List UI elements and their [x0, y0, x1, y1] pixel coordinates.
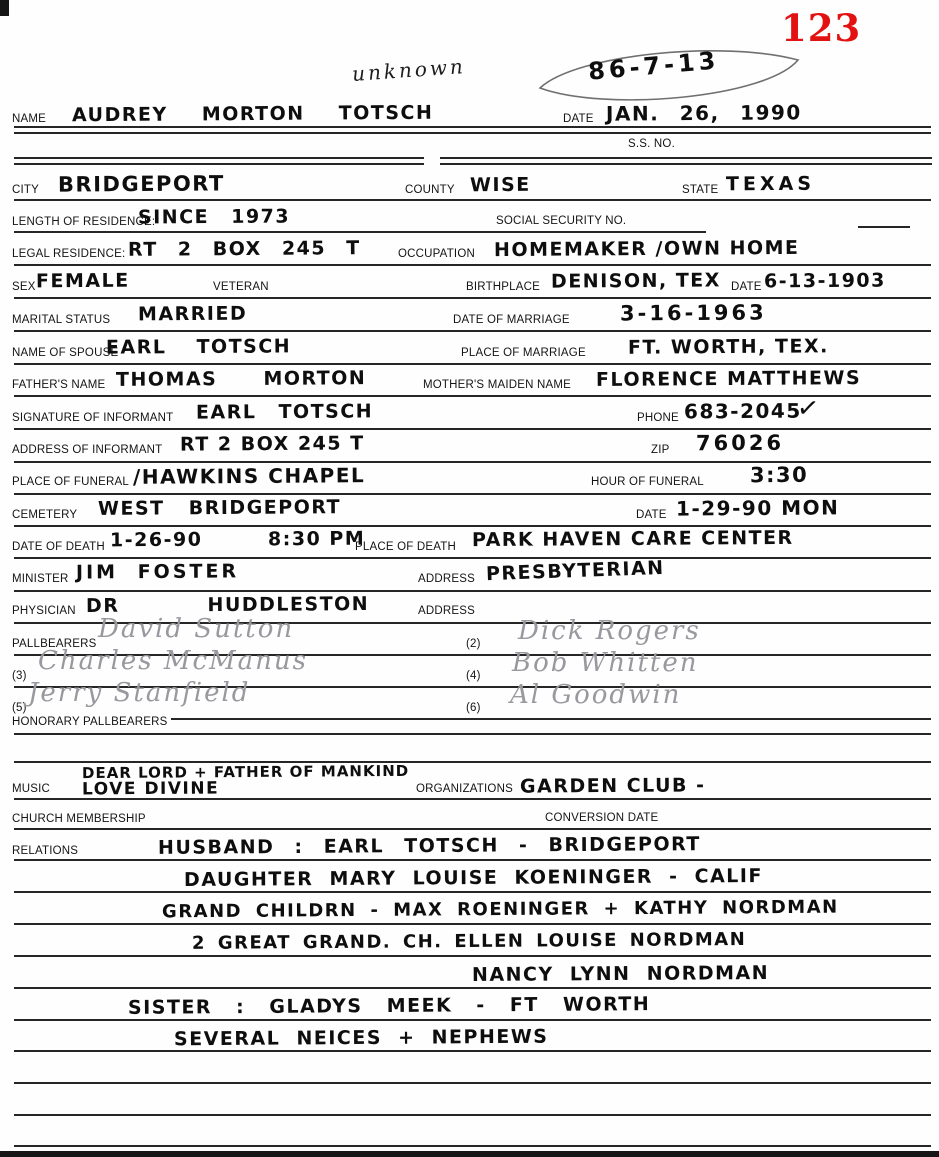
ruled-line [14, 1050, 931, 1052]
music-value: LOVE DIVINE [82, 779, 219, 800]
minister-value: JIM FOSTER [76, 560, 239, 583]
name-value: AUDREY MORTON TOTSCH [72, 102, 434, 127]
hour-of-funeral-label: HOUR OF FUNERAL [591, 476, 704, 488]
ruled-line [14, 987, 931, 989]
date-of-death-value: 1-26-90 [110, 529, 203, 552]
ruled-line [14, 557, 931, 559]
ruled-line [14, 231, 706, 233]
physician-label: PHYSICIAN [12, 605, 76, 617]
minister-address-value: PRESBYTERIAN [486, 557, 665, 585]
ruled-line [14, 590, 931, 592]
pallbearer-6-num: (6) [466, 702, 481, 714]
ruled-line [14, 1019, 931, 1021]
father-name-value: THOMAS MORTON [116, 367, 366, 391]
ruled-line [858, 226, 910, 228]
ruled-line [14, 828, 931, 830]
ss-no-label: S.S. NO. [628, 138, 675, 150]
pallbearer-3-num: (3) [12, 670, 27, 682]
ruled-line [440, 157, 932, 165]
church-membership-label: CHURCH MEMBERSHIP [12, 813, 146, 825]
ruled-line [14, 330, 931, 332]
pallbearer-4-num: (4) [466, 670, 481, 682]
veteran-label: VETERAN [213, 281, 269, 293]
funeral-date-label: DATE [636, 509, 667, 521]
date-of-marriage-label: DATE OF MARRIAGE [453, 314, 570, 326]
state-label: STATE [682, 184, 718, 196]
honorary-pallbearers-label: HONORARY PALLBEARERS [12, 716, 171, 728]
scanned-funeral-record: 123 unknown 86-7-13 NAME AUDREY MORTON T… [0, 0, 939, 1157]
pallbearer-1-name: David Sutton [98, 614, 294, 644]
sex-label: SEX [12, 281, 36, 293]
sex-value: FEMALE [36, 270, 130, 293]
music-label: MUSIC [12, 783, 50, 795]
ruled-line [14, 264, 931, 266]
phone-label: PHONE [637, 412, 679, 424]
name-label: NAME [12, 113, 46, 125]
pallbearer-5-num: (5) [12, 702, 27, 714]
pallbearer-4-name: Bob Whitten [512, 648, 698, 678]
handwritten-unknown-note: unknown [351, 54, 466, 86]
ruled-line [14, 955, 931, 957]
county-value: WISE [470, 174, 531, 196]
occupation-label: OCCUPATION [398, 248, 475, 260]
ruled-line [14, 428, 931, 430]
pallbearer-5-name: Jerry Stanfield [28, 678, 250, 708]
place-of-death-label: PLACE OF DEATH [355, 541, 456, 553]
zip-label: ZIP [651, 444, 670, 456]
pallbearer-3-name: Charles McManus [38, 646, 308, 676]
place-of-death-value: PARK HAVEN CARE CENTER [472, 527, 794, 551]
conversion-date-label: CONVERSION DATE [545, 812, 658, 824]
informant-address-label: ADDRESS OF INFORMANT [12, 444, 162, 456]
relations-line-3: GRAND CHILDRN - MAX ROENINGER + KATHY NO… [162, 897, 839, 923]
county-label: COUNTY [405, 184, 455, 196]
city-value: BRIDGEPORT [58, 171, 225, 196]
ruled-line [14, 493, 931, 495]
relations-line-6: SISTER : GLADYS MEEK - FT WORTH [128, 993, 650, 1019]
informant-address-value: RT 2 BOX 245 T [180, 432, 365, 455]
relations-line-2: DAUGHTER MARY LOUISE KOENINGER - CALIF [184, 865, 763, 891]
physician-address-label: ADDRESS [418, 605, 475, 617]
spouse-value: EARL TOTSCH [106, 335, 291, 358]
relations-line-7: SEVERAL NEICES + NEPHEWS [174, 1026, 549, 1051]
relations-line-4: 2 GREAT GRAND. CH. ELLEN LOUISE NORDMAN [192, 929, 746, 954]
ruled-line [14, 733, 931, 735]
place-of-marriage-label: PLACE OF MARRIAGE [461, 347, 586, 359]
scan-bottom-border [0, 1151, 939, 1157]
mother-maiden-name-value: FLORENCE MATTHEWS [596, 367, 861, 391]
occupation-value: HOMEMAKER /OWN HOME [494, 237, 800, 261]
length-of-residence-label: LENGTH OF RESIDENCE: [12, 216, 155, 228]
ruled-line [14, 798, 931, 800]
informant-signature-label: SIGNATURE OF INFORMANT [12, 412, 173, 424]
funeral-date-value: 1-29-90 MON [676, 495, 839, 520]
spouse-label: NAME OF SPOUSE [12, 347, 118, 359]
birth-date-label: DATE [731, 281, 762, 293]
minister-label: MINISTER [12, 573, 69, 585]
place-of-funeral-label: PLACE OF FUNERAL [12, 476, 129, 488]
time-of-death-value: 8:30 PM [268, 528, 365, 551]
mother-maiden-name-label: MOTHER'S MAIDEN NAME [423, 379, 571, 391]
cemetery-value: WEST BRIDGEPORT [98, 496, 341, 520]
record-date-label: DATE [563, 113, 594, 125]
informant-signature-value: EARL TOTSCH [196, 400, 373, 423]
ruled-line [14, 126, 931, 134]
state-value: TEXAS [726, 173, 815, 196]
relations-line-5: NANCY LYNN NORDMAN [472, 962, 769, 986]
birthplace-value: DENISON, TEX [551, 269, 721, 292]
ruled-line [14, 297, 931, 299]
birth-date-value: 6-13-1903 [764, 270, 886, 293]
legal-residence-label: LEGAL RESIDENCE: [12, 248, 125, 260]
ruled-line [14, 363, 931, 365]
organizations-label: ORGANIZATIONS [416, 783, 513, 795]
blank-ruled-line [14, 1114, 931, 1116]
relations-line-1: HUSBAND : EARL TOTSCH - BRIDGEPORT [158, 833, 701, 859]
ruled-line [14, 199, 931, 201]
scan-artifact [0, 0, 9, 16]
father-name-label: FATHER'S NAME [12, 379, 105, 391]
cemetery-label: CEMETERY [12, 509, 77, 521]
ruled-line [14, 157, 424, 165]
relations-label: RELATIONS [12, 845, 78, 857]
ruled-line [14, 891, 931, 893]
city-label: CITY [12, 184, 39, 196]
checkmark-icon: ✓ [795, 393, 822, 426]
record-date-value: JAN. 26, 1990 [606, 100, 802, 125]
blank-ruled-line [14, 1145, 931, 1147]
pallbearer-2-name: Dick Rogers [518, 616, 701, 646]
marital-status-label: MARITAL STATUS [12, 314, 110, 326]
place-of-marriage-value: FT. WORTH, TEX. [628, 335, 829, 358]
phone-value: 683-2045 [684, 399, 802, 424]
place-of-funeral-value: /HAWKINS CHAPEL [133, 463, 365, 489]
organizations-value: GARDEN CLUB - [520, 774, 706, 797]
blank-ruled-line [14, 1082, 931, 1084]
pallbearer-6-name: Al Goodwin [510, 680, 681, 710]
birthplace-label: BIRTHPLACE [466, 281, 540, 293]
zip-value: 76026 [696, 431, 784, 456]
length-of-residence-value: SINCE 1973 [138, 205, 290, 228]
legal-residence-value: RT 2 BOX 245 T [128, 237, 361, 261]
ruled-line [14, 859, 931, 861]
minister-address-label: ADDRESS [418, 573, 475, 585]
marital-status-value: MARRIED [138, 303, 247, 326]
ruled-line [14, 923, 931, 925]
date-of-marriage-value: 3-16-1963 [620, 300, 767, 325]
hour-of-funeral-value: 3:30 [750, 463, 808, 487]
pallbearer-2-num: (2) [466, 638, 481, 650]
social-security-label: SOCIAL SECURITY NO. [496, 215, 626, 227]
ruled-line [14, 395, 931, 397]
date-of-death-label: DATE OF DEATH [12, 541, 105, 553]
